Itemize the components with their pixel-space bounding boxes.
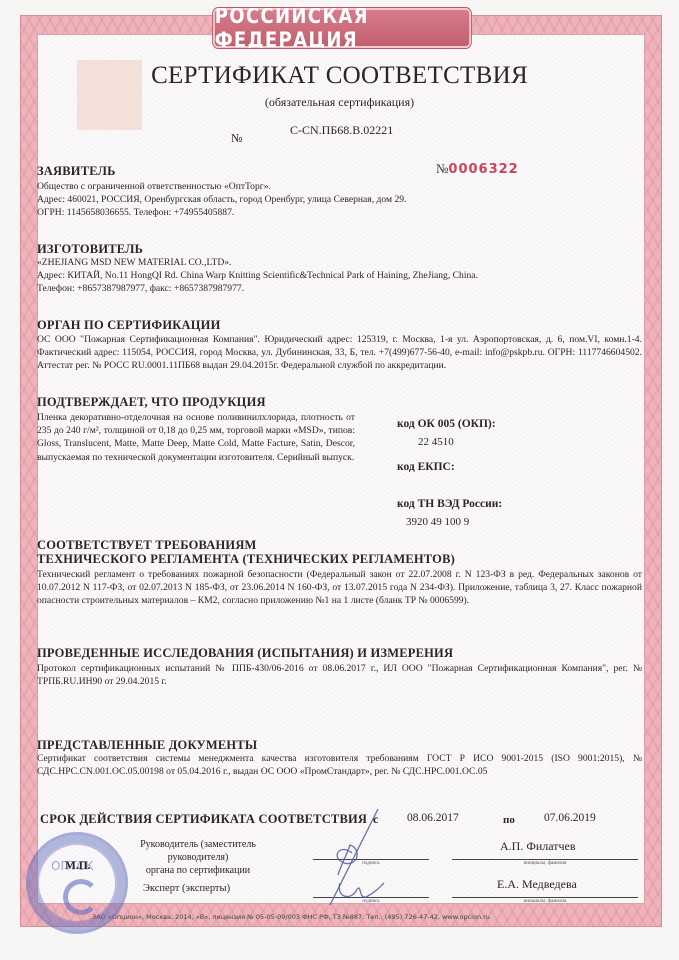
manufacturer-address: Адрес: КИТАЙ, No.11 HongQI Rd. China War… (37, 269, 647, 282)
country-banner: РОССИЙСКАЯ ФЕДЕРАЦИЯ (213, 8, 471, 48)
certificate-title: СЕРТИФИКАТ СООТВЕТСТВИЯ (0, 62, 679, 90)
manufacturer-heading: ИЗГОТОВИТЕЛЬ (37, 242, 143, 257)
manufacturer-details: «ZHEJIANG MSD NEW MATERIAL CO.,LTD». Адр… (37, 256, 647, 296)
requirements-heading: СООТВЕТСТВУЕТ ТРЕБОВАНИЯМ (37, 538, 257, 553)
head-label-line-2: органа по сертификации (118, 864, 278, 877)
applicant-address: Адрес: 460021, РОССИЯ, Оренбургская обла… (37, 193, 637, 206)
stamp-logo-icon (63, 879, 99, 915)
certificate-border (20, 15, 662, 927)
applicant-name: Общество с ограниченной ответственностью… (37, 180, 637, 193)
official-stamp: ОПТСК (26, 832, 128, 934)
tests-text: Протокол сертификационных испытаний № ПП… (37, 662, 642, 688)
product-heading: ПОДТВЕРЖДАЕТ, ЧТО ПРОДУКЦИЯ (37, 395, 266, 410)
certificate-subtitle: (обязательная сертификация) (0, 95, 679, 110)
expert-name-caption: инициалы, фамилия (452, 899, 638, 904)
blank-number: №0006322 (436, 161, 519, 177)
documents-text: Сертификат соответствия системы менеджме… (37, 752, 642, 778)
stamp-label: М.П. (65, 860, 91, 872)
certificate-number: С-CN.ПБ68.В.02221 (290, 123, 393, 138)
head-label-line-1: Руководитель (заместитель руководителя) (118, 838, 278, 864)
head-name-caption: инициалы, фамилия (452, 861, 638, 866)
documents-heading: ПРЕДСТАВЛЕННЫЕ ДОКУМЕНТЫ (37, 738, 257, 753)
manufacturer-name: «ZHEJIANG MSD NEW MATERIAL CO.,LTD». (37, 256, 647, 269)
expert-name-line (452, 897, 638, 898)
tnved-value: 3920 49 100 9 (406, 516, 469, 528)
tnved-label: код ТН ВЭД России: (397, 498, 502, 510)
blank-number-value: 0006322 (448, 162, 518, 177)
product-description: Пленка декоративно-отделочная на основе … (37, 411, 355, 464)
requirements-text: Технический регламент о требованиях пожа… (37, 568, 642, 608)
head-name: А.П. Филатчев (500, 839, 576, 854)
handwritten-signatures (300, 805, 440, 915)
applicant-heading: ЗАЯВИТЕЛЬ (37, 164, 116, 179)
requirements-subheading: ТЕХНИЧЕСКОГО РЕГЛАМЕНТА (ТЕХНИЧЕСКИХ РЕГ… (37, 552, 455, 567)
validity-to-label: по (503, 814, 515, 826)
head-label: Руководитель (заместитель руководителя) … (118, 838, 278, 877)
head-name-line (452, 859, 638, 860)
applicant-details: Общество с ограниченной ответственностью… (37, 180, 637, 220)
expert-label: Эксперт (эксперты) (143, 883, 230, 894)
okp-label: код ОК 005 (ОКП): (397, 418, 496, 430)
number-sign: № (231, 131, 242, 146)
tests-heading: ПРОВЕДЕННЫЕ ИССЛЕДОВАНИЯ (ИСПЫТАНИЯ) И И… (37, 646, 453, 661)
validity-to-date: 07.06.2019 (544, 812, 596, 824)
certification-body-heading: ОРГАН ПО СЕРТИФИКАЦИИ (37, 318, 221, 333)
okp-value: 22 4510 (418, 436, 454, 448)
blank-number-sign: № (436, 161, 448, 176)
certification-body-text: ОС ООО "Пожарная Сертификационная Компан… (37, 333, 642, 373)
expert-name: Е.А. Медведева (497, 877, 577, 892)
applicant-ogrn: ОГРН: 1145658036655. Телефон: +749554058… (37, 206, 637, 219)
ekps-label: код ЕКПС: (397, 461, 455, 473)
manufacturer-phone: Телефон: +8657387987977, факс: +86573879… (37, 282, 647, 295)
